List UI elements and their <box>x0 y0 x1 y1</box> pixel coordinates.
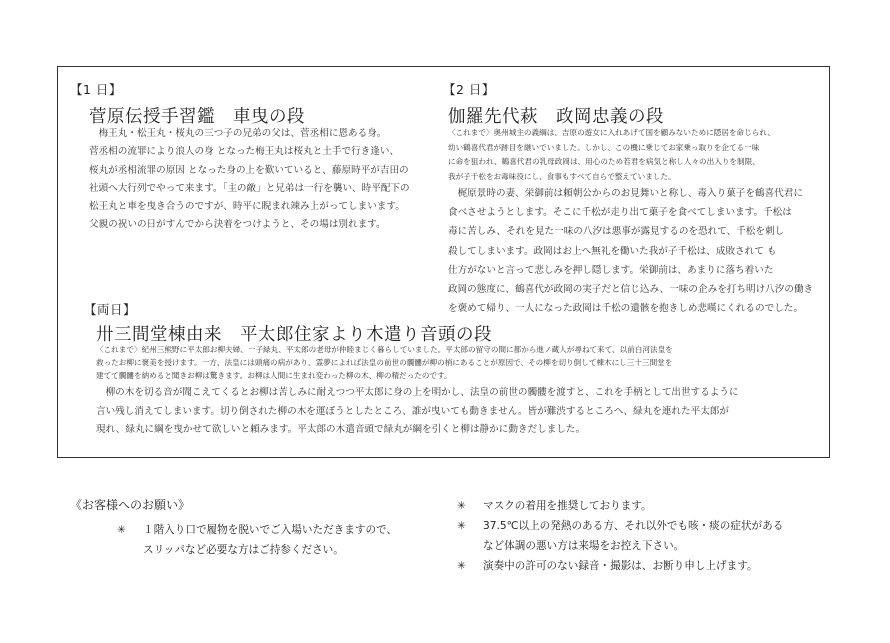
notice-line: マスクの着用を推奨しております。 <box>483 496 783 516</box>
background-line: 建てて髑髏を納めると聞きお柳は驚きます。お柳は人間に生まれ変わった柳の木、柳の精… <box>96 370 673 383</box>
notice-list-left: ✳ １階入り口で履物を脱いでご入場いただきますので、 スリッパなど必要な方はご持… <box>117 520 397 560</box>
notice-line: 37.5℃以上の発熱のある方、それ以外でも咳・痰の症状がある <box>483 516 783 536</box>
synopsis-line: 松王丸と車を曳き合うのですが、時平に睨まれ竦み上がってしまいます。 <box>89 198 410 216</box>
notice-item: ✳ マスクの着用を推奨しております。 <box>457 496 783 516</box>
day2-label: 【2 日】 <box>443 80 495 98</box>
background-line: 幼い鶴喜代君が跡目を継いでいました。しかし、この機に乗じてお家乗っ取りを企てる一… <box>448 141 775 156</box>
synopsis-line: 食べさせようとします。そこに千松が走り出て菓子を食べてしまいます。千松は <box>448 203 813 222</box>
asterisk-bullet-icon: ✳ <box>457 556 466 576</box>
synopsis-line: 柳の木を切る音が聞こえてくるとお柳は苦しみに耐えつつ平太郎に身の上を明かし、法皇… <box>96 384 739 403</box>
day2-title: 伽羅先代萩 政岡忠義の段 <box>448 103 664 128</box>
synopsis-line: 梶原景時の妻、栄御前は頼朝公からのお見舞いと称し、毒入り菓子を鶴喜代君に <box>448 184 813 203</box>
background-line: に命を狙われ、鶴喜代君の乳母政岡は、用心のため若君を病気と称し人々の出入りを制限… <box>448 155 775 170</box>
synopsis-line: 菅丞相の流罪により浪人の身 となった梅王丸は桜丸と土手で行き逢い、 <box>89 143 410 161</box>
synopsis-line: 言い残し消えてしまいます。切り倒された柳の木を運ぼうとしたところ、誰が曳いても動… <box>96 403 739 422</box>
synopsis-line: 現れ、緑丸に綱を曳かせて欲しいと頼みます。平太郎の木遣音頭で緑丸が綱を引くと柳は… <box>96 421 739 440</box>
synopsis-line: 毒に苦しみ、それを見た一味の八汐は悪事が露見するのを恐れて、千松を刺し <box>448 222 813 241</box>
notice-line: １階入り口で履物を脱いでご入場いただきますので、 <box>143 520 397 540</box>
both-days-synopsis: 柳の木を切る音が聞こえてくるとお柳は苦しみに耐えつつ平太郎に身の上を明かし、法皇… <box>96 384 739 440</box>
notice-list-right: ✳ マスクの着用を推奨しております。 ✳ 37.5℃以上の発熱のある方、それ以外… <box>457 496 783 576</box>
background-line: 救ったお柳に褒美を授けます。一方、法皇には頭痛の病があり、霊夢によれば法皇の前世… <box>96 357 673 370</box>
notice-item: ✳ 37.5℃以上の発熱のある方、それ以外でも咳・痰の症状がある など体調の悪い… <box>457 516 783 556</box>
synopsis-line: を褒めて帰り、一人になった政岡は千松の遺骸を抱きしめ悲嘆にくれるのでした。 <box>448 299 813 318</box>
synopsis-line: 殺してしまいます。政岡はお上へ無礼を働いた我が子千松は、成敗されて も <box>448 242 813 261</box>
day2-background: 〈これまで〉奥州城主の義綱は、吉原の遊女に入れあげて国を顧みないために隠居を命じ… <box>448 126 775 184</box>
asterisk-bullet-icon: ✳ <box>117 520 126 540</box>
synopsis-line: 桜丸が丞相流罪の原因 となった身の上を歎いていると、藤原時平が吉田の <box>89 162 410 180</box>
synopsis-line: 梅王丸・松王丸・桜丸の三つ子の兄弟の父は、菅丞相に恩ある身。 <box>89 125 410 143</box>
notice-line: など体調の悪い方は来場をお控え下さい。 <box>483 536 783 556</box>
both-days-label: 【両日】 <box>84 300 136 318</box>
synopsis-line: 父親の祝いの日がすんでから決着をつけようと、その場は別れます。 <box>89 216 410 234</box>
background-line: 〈これまで〉奥州城主の義綱は、吉原の遊女に入れあげて国を顧みないために隠居を命じ… <box>448 126 775 141</box>
synopsis-line: 社頭へ大行列でやって来ます。「主の敵」と兄弟は一行を襲い、時平配下の <box>89 180 410 198</box>
background-line: 〈これまで〉紀州三熊野に平太郎お柳夫婦、一子緑丸、平太郎の老母が仲睦まじく暮らし… <box>96 344 673 357</box>
day2-synopsis: 梶原景時の妻、栄御前は頼朝公からのお見舞いと称し、毒入り菓子を鶴喜代君に 食べさ… <box>448 184 813 318</box>
notice-item: ✳ 演奏中の許可のない録音・撮影は、お断り申し上げます。 <box>457 556 783 576</box>
notice-line: 演奏中の許可のない録音・撮影は、お断り申し上げます。 <box>483 556 783 576</box>
both-days-title: 卅三間堂棟由来 平太郎住家より木遣り音頭の段 <box>96 321 492 346</box>
both-days-background: 〈これまで〉紀州三熊野に平太郎お柳夫婦、一子緑丸、平太郎の老母が仲睦まじく暮らし… <box>96 344 673 382</box>
synopsis-line: 政岡の態度に、鶴喜代が政岡の実子だと信じ込み、一味の企みを打ち明け八汐の働き <box>448 280 813 299</box>
synopsis-line: 仕方がないと言って悲しみを押し隠します。栄御前は、あまりに落ち着いた <box>448 261 813 280</box>
asterisk-bullet-icon: ✳ <box>457 496 466 516</box>
notice-title: 《お客様へのお願い》 <box>70 496 190 513</box>
day1-label: 【1 日】 <box>70 80 122 98</box>
day1-synopsis: 梅王丸・松王丸・桜丸の三つ子の兄弟の父は、菅丞相に恩ある身。 菅丞相の流罪により… <box>89 125 410 235</box>
background-line: 我が子千松をお毒味役にし、食事もすべて自らで整えていました。 <box>448 170 775 185</box>
notice-line: スリッパなど必要な方はご持参ください。 <box>143 540 397 560</box>
notice-item: ✳ １階入り口で履物を脱いでご入場いただきますので、 スリッパなど必要な方はご持… <box>117 520 397 560</box>
asterisk-bullet-icon: ✳ <box>457 516 466 536</box>
